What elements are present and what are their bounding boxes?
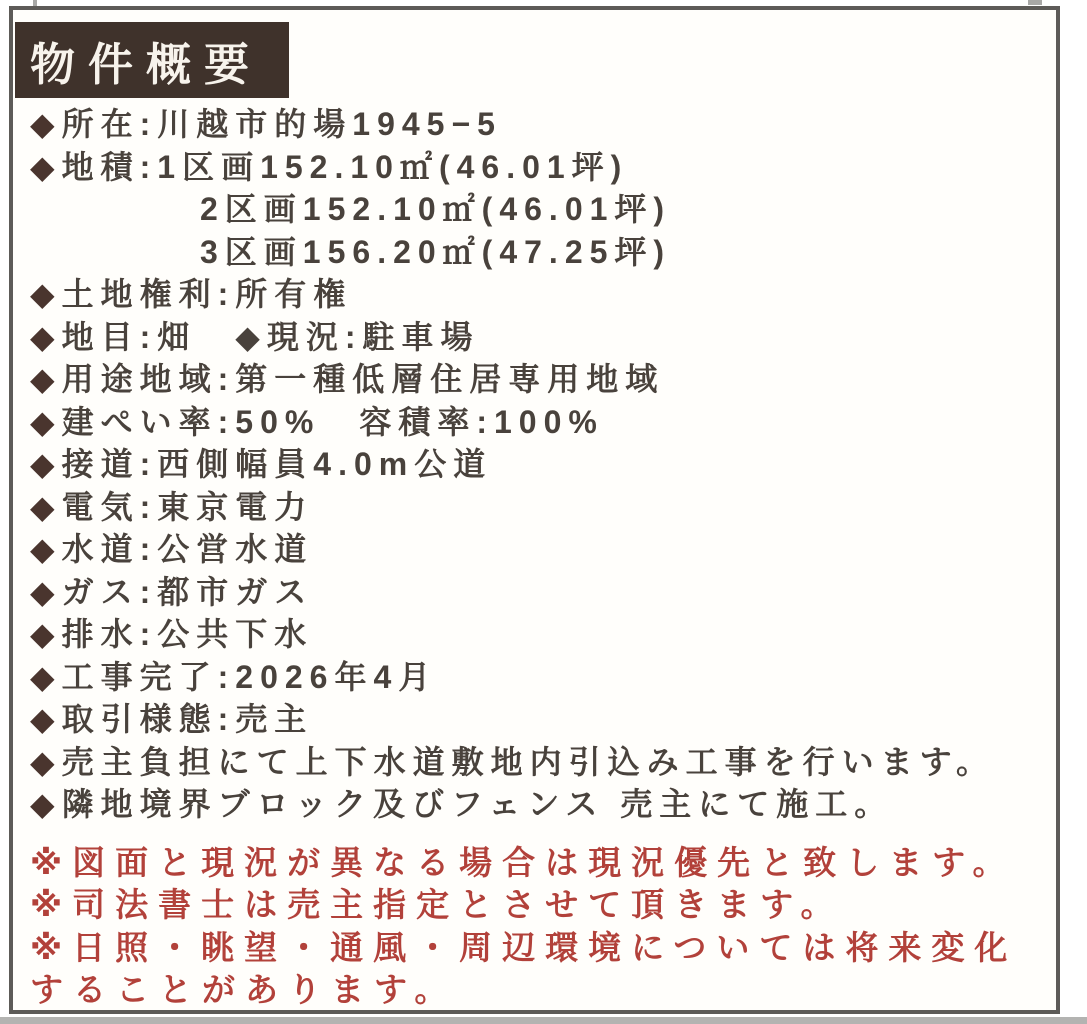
line-text: 2区画152.10㎡(46.01坪) — [200, 191, 671, 227]
property-details: ◆所在:川越市的場1945−5 ◆地積:1区画152.10㎡(46.01坪) 2… — [13, 98, 1056, 1012]
list-item-transaction-type: ◆取引様態:売主 — [30, 698, 1042, 741]
disclaimer-notes: ※図面と現況が異なる場合は現況優先と致します。 ※司法書士は売主指定とさせて頂き… — [30, 842, 1042, 1012]
line-text: 地目:畑 ◆現況:駐車場 — [62, 319, 480, 355]
diamond-bullet-icon: ◆ — [30, 659, 62, 695]
note-judicial-scrivener: ※司法書士は売主指定とさせて頂きます。 — [30, 884, 1042, 927]
diamond-bullet-icon: ◆ — [30, 489, 62, 525]
line-text: 水道:公営水道 — [62, 531, 314, 567]
diamond-bullet-icon: ◆ — [30, 786, 62, 822]
note-mark: ※ — [30, 929, 72, 966]
diamond-bullet-icon: ◆ — [30, 106, 62, 142]
line-text: 3区画156.20㎡(47.25坪) — [200, 234, 671, 270]
list-item-land-area-3: 3区画156.20㎡(47.25坪) — [30, 231, 1042, 274]
list-item-drainage: ◆排水:公共下水 — [30, 613, 1042, 656]
line-text: 土地権利:所有権 — [62, 276, 353, 312]
note-text: 図面と現況が異なる場合は現況優先と致します。 — [72, 844, 1015, 881]
diamond-bullet-icon: ◆ — [30, 361, 62, 397]
diamond-bullet-icon: ◆ — [30, 574, 62, 610]
section-header: 物件概要 — [15, 22, 289, 98]
list-item-electricity: ◆電気:東京電力 — [30, 486, 1042, 529]
diamond-bullet-icon: ◆ — [30, 616, 62, 652]
diamond-bullet-icon: ◆ — [30, 319, 62, 355]
line-text: 隣地境界ブロック及びフェンス 売主にて施工。 — [62, 786, 894, 822]
line-text: 用途地域:第一種低層住居専用地域 — [62, 361, 665, 397]
line-text: 売主負担にて上下水道敷地内引込み工事を行います。 — [62, 744, 995, 780]
note-drawing-priority: ※図面と現況が異なる場合は現況優先と致します。 — [30, 842, 1042, 885]
diamond-bullet-icon: ◆ — [30, 149, 62, 185]
note-text: 司法書士は売主指定とさせて頂きます。 — [72, 886, 843, 923]
note-environment-change: ※日照・眺望・通風・周辺環境については将来変化することがあります。 — [30, 927, 1042, 1012]
list-item-zoning: ◆用途地域:第一種低層住居専用地域 — [30, 358, 1042, 401]
note-text: 日照・眺望・通風・周辺環境については将来変化することがあります。 — [30, 929, 1017, 1009]
property-overview-panel: 物件概要 ◆所在:川越市的場1945−5 ◆地積:1区画152.10㎡(46.0… — [9, 6, 1060, 1014]
diamond-bullet-icon: ◆ — [30, 744, 62, 780]
note-mark: ※ — [30, 886, 72, 923]
line-text: 工事完了:2026年4月 — [62, 659, 438, 695]
line-text: 取引様態:売主 — [62, 701, 314, 737]
list-item-road-access: ◆接道:西側幅員4.0m公道 — [30, 443, 1042, 486]
line-text: 接道:西側幅員4.0m公道 — [62, 446, 493, 482]
list-item-utility-works: ◆売主負担にて上下水道敷地内引込み工事を行います。 — [30, 741, 1042, 784]
list-item-construction-completion: ◆工事完了:2026年4月 — [30, 656, 1042, 699]
line-text: 地積:1区画152.10㎡(46.01坪) — [62, 149, 629, 185]
diamond-bullet-icon: ◆ — [30, 276, 62, 312]
line-text: 排水:公共下水 — [62, 616, 314, 652]
diamond-bullet-icon: ◆ — [30, 404, 62, 440]
page-edge-strip — [0, 1017, 1087, 1024]
diamond-bullet-icon: ◆ — [30, 446, 62, 482]
list-item-land-category: ◆地目:畑 ◆現況:駐車場 — [30, 316, 1042, 359]
diamond-bullet-icon: ◆ — [30, 531, 62, 567]
list-item-land-area: ◆地積:1区画152.10㎡(46.01坪) — [30, 146, 1042, 189]
line-text: 所在:川越市的場1945−5 — [62, 106, 502, 142]
line-text: 電気:東京電力 — [62, 489, 314, 525]
list-item-gas: ◆ガス:都市ガス — [30, 571, 1042, 614]
diamond-bullet-icon: ◆ — [30, 701, 62, 737]
line-text: 建ぺい率:50% 容積率:100% — [62, 404, 604, 440]
list-item-land-rights: ◆土地権利:所有権 — [30, 273, 1042, 316]
scan-artifact — [1028, 0, 1042, 5]
page-title: 物件概要 — [30, 28, 262, 93]
list-item-water: ◆水道:公営水道 — [30, 528, 1042, 571]
note-mark: ※ — [30, 844, 72, 881]
list-item-land-area-2: 2区画152.10㎡(46.01坪) — [30, 188, 1042, 231]
list-item-boundary-fence: ◆隣地境界ブロック及びフェンス 売主にて施工。 — [30, 783, 1042, 826]
line-text: ガス:都市ガス — [62, 574, 314, 610]
list-item-coverage-ratio: ◆建ぺい率:50% 容積率:100% — [30, 401, 1042, 444]
list-item-location: ◆所在:川越市的場1945−5 — [30, 103, 1042, 146]
